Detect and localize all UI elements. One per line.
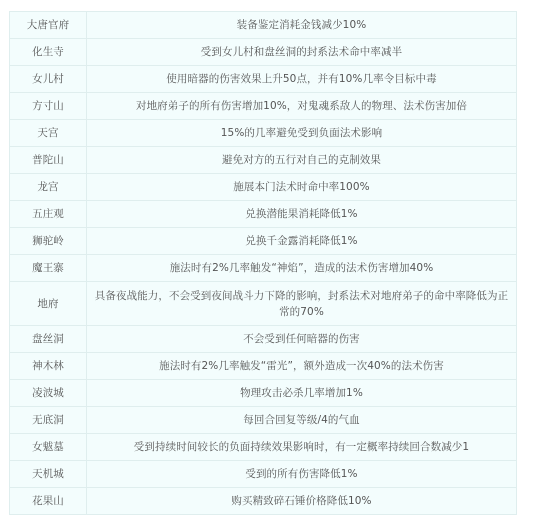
sect-effect: 物理攻击必杀几率增加1% <box>87 380 517 407</box>
sect-effect: 受到女儿村和盘丝洞的封系法术命中率减半 <box>87 39 517 66</box>
sect-name: 大唐官府 <box>10 12 87 39</box>
sect-effect: 装备鉴定消耗金钱减少10% <box>87 12 517 39</box>
table-row: 盘丝洞 不会受到任何暗器的伤害 <box>10 326 517 353</box>
table-row: 魔王寨 施法时有2%几率触发“神焰”，造成的法术伤害增加40% <box>10 255 517 282</box>
sect-effect: 使用暗器的伤害效果上升50点，并有10%几率令目标中毒 <box>87 66 517 93</box>
sect-name: 化生寺 <box>10 39 87 66</box>
sect-effect: 受到持续时间较长的负面持续效果影响时，有一定概率持续回合数减少1 <box>87 434 517 461</box>
sect-name: 神木林 <box>10 353 87 380</box>
sect-effect: 避免对方的五行对自己的克制效果 <box>87 147 517 174</box>
table-row: 天宫 15%的几率避免受到负面法术影响 <box>10 120 517 147</box>
table-row: 普陀山 避免对方的五行对自己的克制效果 <box>10 147 517 174</box>
table-row: 地府 具备夜战能力，不会受到夜间战斗力下降的影响，封系法术对地府弟子的命中率降低… <box>10 282 517 326</box>
table-row: 天机城 受到的所有伤害降低1% <box>10 461 517 488</box>
sect-effect: 兑换千金露消耗降低1% <box>87 228 517 255</box>
sect-effect: 施展本门法术时命中率100% <box>87 174 517 201</box>
table-row: 龙宫 施展本门法术时命中率100% <box>10 174 517 201</box>
table-row: 花果山 购买精致碎石锤价格降低10% <box>10 488 517 515</box>
sect-name: 天机城 <box>10 461 87 488</box>
sect-effect: 受到的所有伤害降低1% <box>87 461 517 488</box>
sect-name: 龙宫 <box>10 174 87 201</box>
sect-bonus-table: 大唐官府 装备鉴定消耗金钱减少10% 化生寺 受到女儿村和盘丝洞的封系法术命中率… <box>9 11 517 515</box>
sect-name: 天宫 <box>10 120 87 147</box>
sect-name: 女魃墓 <box>10 434 87 461</box>
sect-effect: 施法时有2%几率触发“雷光”，额外造成一次40%的法术伤害 <box>87 353 517 380</box>
sect-name: 方寸山 <box>10 93 87 120</box>
sect-name: 魔王寨 <box>10 255 87 282</box>
sect-effect: 每回合回复等级/4的气血 <box>87 407 517 434</box>
table-row: 凌波城 物理攻击必杀几率增加1% <box>10 380 517 407</box>
table-row: 女魃墓 受到持续时间较长的负面持续效果影响时，有一定概率持续回合数减少1 <box>10 434 517 461</box>
sect-effect: 不会受到任何暗器的伤害 <box>87 326 517 353</box>
sect-effect: 施法时有2%几率触发“神焰”，造成的法术伤害增加40% <box>87 255 517 282</box>
table-row: 化生寺 受到女儿村和盘丝洞的封系法术命中率减半 <box>10 39 517 66</box>
table-row: 无底洞 每回合回复等级/4的气血 <box>10 407 517 434</box>
sect-name: 无底洞 <box>10 407 87 434</box>
sect-effect: 具备夜战能力，不会受到夜间战斗力下降的影响，封系法术对地府弟子的命中率降低为正常… <box>87 282 517 326</box>
sect-name: 盘丝洞 <box>10 326 87 353</box>
sect-name: 地府 <box>10 282 87 326</box>
sect-effect: 15%的几率避免受到负面法术影响 <box>87 120 517 147</box>
sect-effect: 兑换潜能果消耗降低1% <box>87 201 517 228</box>
table-row: 女儿村 使用暗器的伤害效果上升50点，并有10%几率令目标中毒 <box>10 66 517 93</box>
sect-name: 女儿村 <box>10 66 87 93</box>
table-row: 狮驼岭 兑换千金露消耗降低1% <box>10 228 517 255</box>
table-row: 方寸山 对地府弟子的所有伤害增加10%，对鬼魂系敌人的物理、法术伤害加倍 <box>10 93 517 120</box>
sect-name: 普陀山 <box>10 147 87 174</box>
table-row: 大唐官府 装备鉴定消耗金钱减少10% <box>10 12 517 39</box>
sect-effect: 购买精致碎石锤价格降低10% <box>87 488 517 515</box>
table-row: 神木林 施法时有2%几率触发“雷光”，额外造成一次40%的法术伤害 <box>10 353 517 380</box>
table-row: 五庄观 兑换潜能果消耗降低1% <box>10 201 517 228</box>
sect-bonus-table-container: 大唐官府 装备鉴定消耗金钱减少10% 化生寺 受到女儿村和盘丝洞的封系法术命中率… <box>9 11 517 515</box>
sect-name: 狮驼岭 <box>10 228 87 255</box>
sect-name: 凌波城 <box>10 380 87 407</box>
sect-effect: 对地府弟子的所有伤害增加10%，对鬼魂系敌人的物理、法术伤害加倍 <box>87 93 517 120</box>
sect-name: 花果山 <box>10 488 87 515</box>
sect-name: 五庄观 <box>10 201 87 228</box>
